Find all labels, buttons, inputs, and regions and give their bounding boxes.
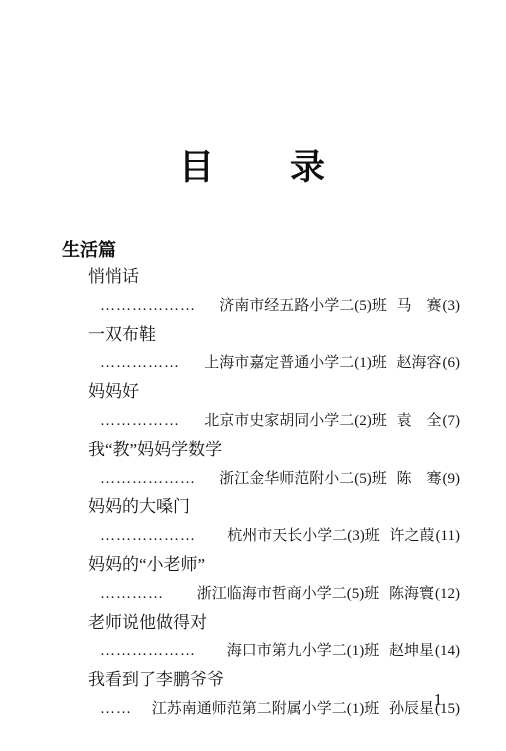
entry-page-ref: (11) (436, 528, 460, 544)
leader-dots: ………… (100, 580, 164, 609)
leader-dots: …………… (100, 349, 180, 378)
toc-entry: 我看到了李鹏爷爷 …… 江苏南通师范第二附属小学二(1)班孙辰星(15) (88, 666, 460, 724)
toc-entry: 妈妈的“小老师” ………… 浙江临海市哲商小学二(5)班陈海寰(12) (88, 551, 460, 609)
entry-attr-text: 杭州市天长小学二(3)班许之葭(11) (227, 522, 460, 551)
entry-page-ref: (14) (435, 643, 460, 659)
entry-page-ref: (12) (435, 586, 460, 602)
entry-school: 江苏南通师范第二附属小学二(1)班 (152, 701, 380, 717)
entry-title: 悄悄话 (88, 263, 460, 292)
section-heading: 生活篇 (62, 238, 116, 262)
entry-author: 赵海容 (396, 355, 441, 371)
toc-entry: 妈妈的大嗓门 ……………… 杭州市天长小学二(3)班许之葭(11) (88, 493, 460, 551)
leader-dots: ……………… (100, 637, 196, 666)
leader-dots: ……………… (100, 292, 196, 321)
entry-author: 许之葭 (390, 528, 435, 544)
entry-school: 北京市史家胡同小学二(2)班 (204, 413, 387, 429)
entry-author: 陈 骞 (396, 471, 441, 487)
entry-school: 海口市第九小学二(1)班 (227, 643, 380, 659)
page-title: 目 录 (0, 146, 506, 190)
entry-title: 妈妈好 (88, 378, 460, 407)
entry-attribution: ……………… 杭州市天长小学二(3)班许之葭(11) (88, 522, 460, 551)
entry-author: 袁 全 (396, 413, 441, 429)
toc-entry: 妈妈好 …………… 北京市史家胡同小学二(2)班袁 全(7) (88, 378, 460, 436)
entry-author: 赵坤星 (389, 643, 434, 659)
entry-attribution: …………… 北京市史家胡同小学二(2)班袁 全(7) (88, 407, 460, 436)
entry-school: 浙江临海市哲商小学二(5)班 (197, 586, 380, 602)
entry-page-ref: (6) (443, 355, 461, 371)
entry-attribution: ……………… 济南市经五路小学二(5)班马 赛(3) (88, 292, 460, 321)
entry-page-ref: (9) (443, 471, 461, 487)
entry-school: 浙江金华师范附小二(5)班 (219, 471, 387, 487)
entry-attribution: ……………… 浙江金华师范附小二(5)班陈 骞(9) (88, 465, 460, 494)
entry-attr-text: 江苏南通师范第二附属小学二(1)班孙辰星(15) (152, 695, 460, 724)
toc-entry: 我“教”妈妈学数学 ……………… 浙江金华师范附小二(5)班陈 骞(9) (88, 436, 460, 494)
entry-attr-text: 上海市嘉定普通小学二(1)班赵海容(6) (204, 349, 460, 378)
entry-attr-text: 北京市史家胡同小学二(2)班袁 全(7) (204, 407, 460, 436)
entry-attr-text: 海口市第九小学二(1)班赵坤星(14) (227, 637, 460, 666)
entry-attribution: …………… 上海市嘉定普通小学二(1)班赵海容(6) (88, 349, 460, 378)
page-number: 1 (426, 690, 450, 710)
entry-attr-text: 浙江临海市哲商小学二(5)班陈海寰(12) (197, 580, 460, 609)
entry-school: 杭州市天长小学二(3)班 (227, 528, 380, 544)
entry-school: 上海市嘉定普通小学二(1)班 (204, 355, 387, 371)
entry-attr-text: 浙江金华师范附小二(5)班陈 骞(9) (219, 465, 460, 494)
entry-title: 我看到了李鹏爷爷 (88, 666, 460, 695)
entry-title: 我“教”妈妈学数学 (88, 436, 460, 465)
entry-title: 老师说他做得对 (88, 609, 460, 638)
leader-dots: ……………… (100, 522, 196, 551)
entry-title: 一双布鞋 (88, 321, 460, 350)
toc-entry: 老师说他做得对 ……………… 海口市第九小学二(1)班赵坤星(14) (88, 609, 460, 667)
entry-title: 妈妈的大嗓门 (88, 493, 460, 522)
entry-title: 妈妈的“小老师” (88, 551, 460, 580)
toc-entry: 一双布鞋 …………… 上海市嘉定普通小学二(1)班赵海容(6) (88, 321, 460, 379)
leader-dots: …… (100, 695, 132, 724)
entry-attribution: …… 江苏南通师范第二附属小学二(1)班孙辰星(15) (88, 695, 460, 724)
entry-attribution: ………… 浙江临海市哲商小学二(5)班陈海寰(12) (88, 580, 460, 609)
leader-dots: ……………… (100, 465, 196, 494)
entry-author: 陈海寰 (389, 586, 434, 602)
leader-dots: …………… (100, 407, 180, 436)
entry-attr-text: 济南市经五路小学二(5)班马 赛(3) (219, 292, 460, 321)
entry-page-ref: (7) (443, 413, 461, 429)
entry-school: 济南市经五路小学二(5)班 (219, 298, 387, 314)
entry-page-ref: (3) (443, 298, 461, 314)
toc-page: 目 录 生活篇 悄悄话 ……………… 济南市经五路小学二(5)班马 赛(3) 一… (0, 0, 506, 751)
toc-entries: 悄悄话 ……………… 济南市经五路小学二(5)班马 赛(3) 一双布鞋 …………… (88, 263, 460, 724)
toc-entry: 悄悄话 ……………… 济南市经五路小学二(5)班马 赛(3) (88, 263, 460, 321)
entry-author: 马 赛 (396, 298, 441, 314)
entry-attribution: ……………… 海口市第九小学二(1)班赵坤星(14) (88, 637, 460, 666)
